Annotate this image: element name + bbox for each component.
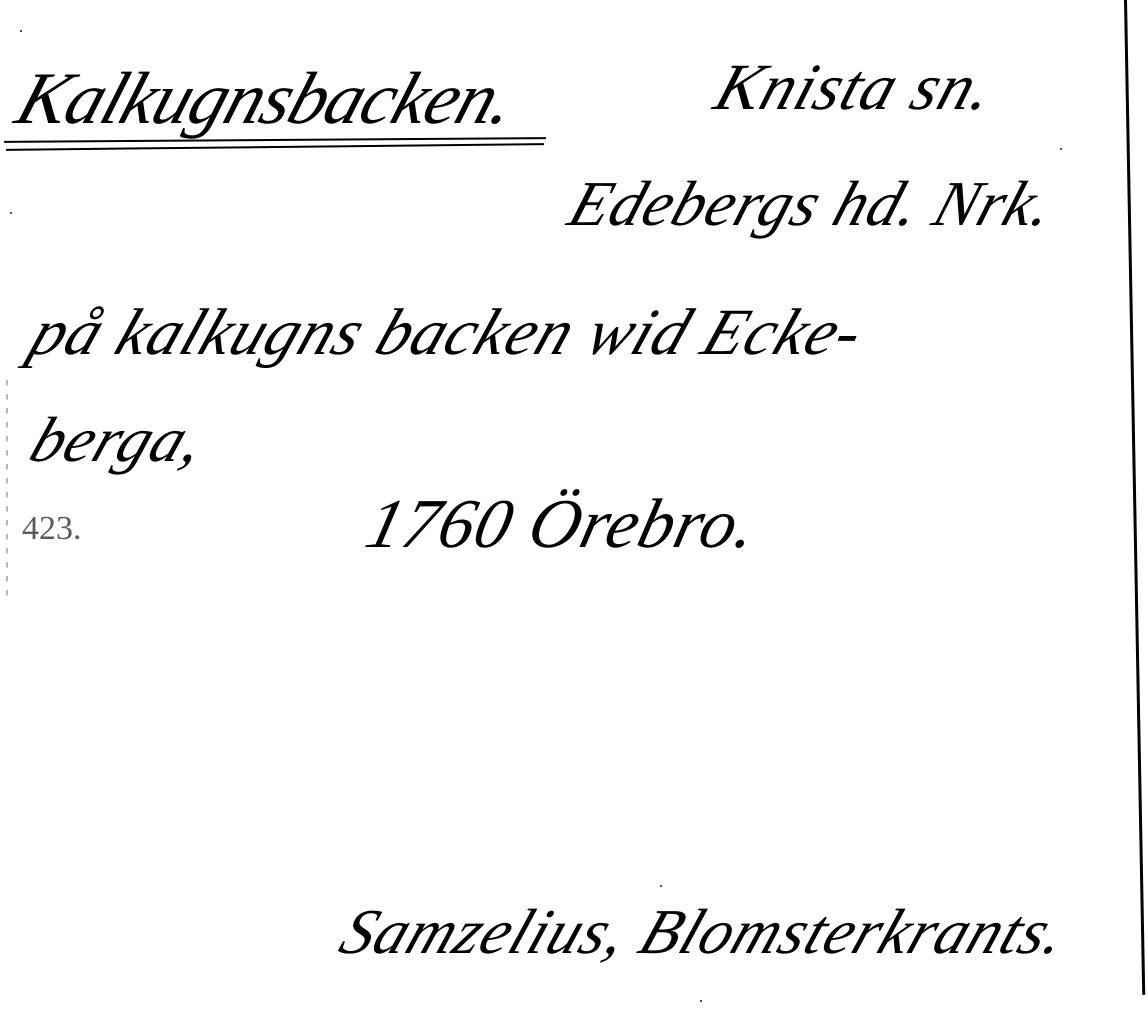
paper-speck: [1060, 148, 1062, 150]
place-name-title: Kalkugnsbacken.: [8, 62, 525, 136]
paper-speck: [660, 885, 662, 887]
title-underline-second: [6, 143, 544, 151]
year-and-place: 1760 Örebro.: [359, 490, 764, 560]
archive-card: Kalkugnsbacken. Knista sn. Edebergs hd. …: [0, 0, 1148, 1020]
district-label: Edebergs hd. Nrk.: [562, 172, 1063, 236]
source-citation: Samzelius, Blomsterkrants.: [332, 900, 1076, 964]
parish-label: Knista sn.: [707, 55, 1003, 121]
reference-number: 423.: [22, 512, 82, 546]
paper-speck: [700, 1000, 702, 1002]
description-line-1: på kalkugns backen wid Ecke-: [22, 300, 873, 366]
left-margin-dots: [6, 380, 8, 600]
card-edge-line: [1124, 0, 1145, 995]
description-line-2: berga,: [22, 408, 214, 472]
paper-speck: [20, 30, 22, 32]
paper-speck: [10, 212, 12, 214]
